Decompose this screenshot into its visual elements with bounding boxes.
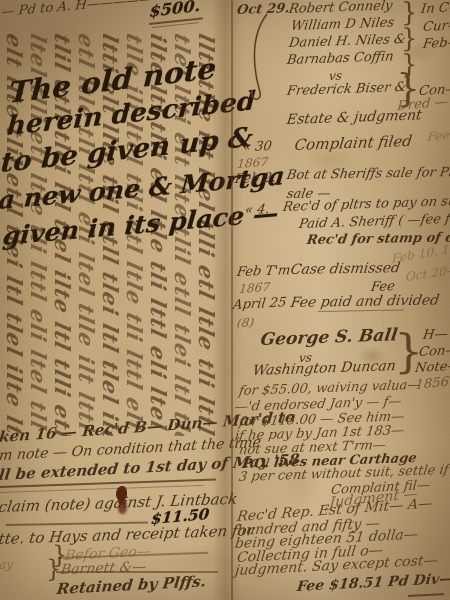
memo-fragment: ay [0,557,14,572]
entry-text: Estate & judgment [286,107,423,128]
entry-text: Fee paid and divided [289,292,440,311]
entry-text: Bot at Sheriffs sale for Plain— [286,165,450,183]
margin-note: Fee— [427,126,450,143]
plaintiff-name: George S. Ball [259,325,399,350]
flourish-stroke [246,10,272,102]
entry-date: Feb T'm [236,263,291,280]
vs-label: vs [328,69,343,83]
ledger-scan: llti tlle ilt ltel tlli etl ltle tli ltt… [0,0,450,600]
plaintiff-name: Daniel H. Niles & [288,32,407,51]
entry-note: (8) [236,315,255,330]
entry-text: Complaint filed [293,132,413,154]
entry-date: « 30 [242,139,273,155]
entry-year: 1867 [239,280,271,296]
entry-text: Case dismissed [289,260,401,278]
entry-year: 1867 [237,155,269,171]
top-memo-line: — Pd to A. H—————— [1,0,167,20]
entry-text: Paid A. Sheriff ( —fee f— [298,211,450,232]
plaintiff-name: Robert Connely [288,0,394,17]
entry-date: Feb 2. [234,171,277,187]
entry-date: April 25 [232,295,287,313]
faint-date-note: Oct 20— [406,263,450,284]
margin-note: Feb— [422,35,450,52]
margin-note: In C— [420,0,450,17]
margin-note: H— [422,327,448,343]
entry-date: « 4. [244,202,271,218]
plaintiff-name: William D Niles [290,15,395,34]
ink-blot [116,486,127,501]
plaintiff-name: Barnabas Coffin [286,49,395,68]
defendant-name: Frederick Biser & [286,80,407,99]
margin-note: Note— [414,359,450,376]
margin-note: Cur— [422,18,450,35]
margin-note: Con— [418,343,450,360]
defendant-name: Washington Duncan [252,358,397,379]
